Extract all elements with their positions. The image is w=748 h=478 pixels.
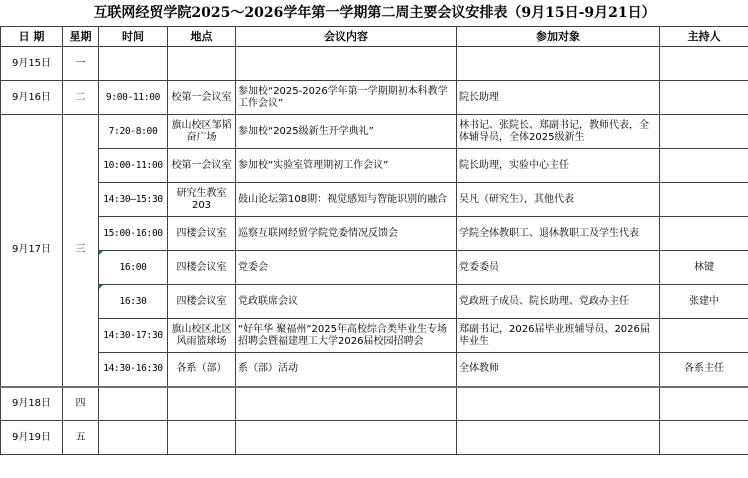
table-row: 14:30-16:30 各系（部） 系（部）活动 全体教师 各系主任 [1,353,748,387]
place-cell[interactable]: 校第一会议室 [168,149,236,183]
place-cell[interactable]: 各系（部） [168,353,236,387]
host-cell[interactable] [660,217,748,251]
time-cell[interactable] [99,421,168,455]
attendees-cell[interactable]: 全体教师 [457,353,660,387]
time-cell[interactable]: 7:20-8:00 [99,115,168,149]
table-row: 9月15日 一 [1,47,748,81]
col-header-weekday: 星期 [63,27,99,47]
host-cell[interactable] [660,149,748,183]
col-header-attendees: 参加对象 [457,27,660,47]
time-cell[interactable]: 14:30-17:30 [99,319,168,353]
host-cell[interactable] [660,115,748,149]
place-cell[interactable] [168,421,236,455]
attendees-cell[interactable]: 郑副书记，2026届毕业班辅导员、2026届毕业生 [457,319,660,353]
meeting-schedule-sheet: 互联网经贸学院2025～2026学年第一学期第二周主要会议安排表（9月15日-9… [0,0,748,478]
host-cell[interactable] [660,81,748,115]
table-row: 16:30 四楼会议室 党政联席会议 党政班子成员、院长助理、党政办主任 张建中 [1,285,748,319]
attendees-cell[interactable] [457,47,660,81]
host-cell[interactable]: 各系主任 [660,353,748,387]
attendees-cell[interactable]: 院长助理，实验中心主任 [457,149,660,183]
host-cell[interactable] [660,47,748,81]
place-cell[interactable]: 旗山校区北区风雨篮球场 [168,319,236,353]
meeting-schedule-table: 互联网经贸学院2025～2026学年第一学期第二周主要会议安排表（9月15日-9… [0,0,748,455]
time-cell[interactable]: 16:30 [99,285,168,319]
col-header-host: 主持人 [660,27,748,47]
weekday-cell[interactable]: 二 [63,81,99,115]
attendees-cell[interactable]: 院长助理 [457,81,660,115]
attendees-cell[interactable]: 学院全体教职工、退休教职工及学生代表 [457,217,660,251]
time-cell[interactable]: 14:30-16:30 [99,353,168,387]
place-cell[interactable] [168,47,236,81]
time-cell[interactable]: 16:00 [99,251,168,285]
weekday-cell[interactable]: 一 [63,47,99,81]
col-header-time: 时间 [99,27,168,47]
date-cell[interactable]: 9月18日 [1,387,63,421]
table-row: 10:00-11:00 校第一会议室 参加校“实验室管理期初工作会议” 院长助理… [1,149,748,183]
weekday-cell[interactable]: 三 [63,115,99,387]
content-cell[interactable] [236,47,457,81]
content-cell[interactable] [236,421,457,455]
time-cell[interactable] [99,47,168,81]
weekday-cell[interactable]: 四 [63,387,99,421]
attendees-cell[interactable]: 林书记、张院长、郑副书记，教师代表，全体辅导员，全体2025级新生 [457,115,660,149]
content-cell[interactable]: 参加校“2025-2026学年第一学期期初本科教学工作会议” [236,81,457,115]
date-cell[interactable]: 9月15日 [1,47,63,81]
host-cell[interactable] [660,183,748,217]
attendees-cell[interactable]: 党委委员 [457,251,660,285]
table-row: 9月17日 三 7:20-8:00 旗山校区邹韬奋广场 参加校“2025级新生开… [1,115,748,149]
attendees-cell[interactable]: 党政班子成员、院长助理、党政办主任 [457,285,660,319]
place-cell[interactable]: 旗山校区邹韬奋广场 [168,115,236,149]
time-cell[interactable]: 9:00-11:00 [99,81,168,115]
place-cell[interactable]: 四楼会议室 [168,217,236,251]
content-cell[interactable]: “好年华 聚福州”2025年高校综合类毕业生专场招聘会暨福建理工大学2026届校… [236,319,457,353]
time-cell[interactable]: 14:30—15:30 [99,183,168,217]
content-cell[interactable]: 系（部）活动 [236,353,457,387]
table-row: 14:30-17:30 旗山校区北区风雨篮球场 “好年华 聚福州”2025年高校… [1,319,748,353]
date-cell[interactable]: 9月17日 [1,115,63,387]
host-cell[interactable] [660,421,748,455]
place-cell[interactable]: 研究生教室203 [168,183,236,217]
content-cell[interactable]: 党委会 [236,251,457,285]
host-cell[interactable]: 张建中 [660,285,748,319]
content-cell[interactable]: 参加校“2025级新生开学典礼” [236,115,457,149]
content-cell[interactable] [236,387,457,421]
col-header-place: 地点 [168,27,236,47]
attendees-cell[interactable] [457,421,660,455]
table-row: 9月18日 四 [1,387,748,421]
content-cell[interactable]: 党政联席会议 [236,285,457,319]
time-cell[interactable] [99,387,168,421]
col-header-date: 日 期 [1,27,63,47]
content-cell[interactable]: 鼓山论坛第108期：视觉感知与智能识别的融合 [236,183,457,217]
host-cell[interactable] [660,387,748,421]
content-cell[interactable]: 巡察互联网经贸学院党委情况反馈会 [236,217,457,251]
attendees-cell[interactable] [457,387,660,421]
table-row: 15:00-16:00 四楼会议室 巡察互联网经贸学院党委情况反馈会 学院全体教… [1,217,748,251]
content-cell[interactable]: 参加校“实验室管理期初工作会议” [236,149,457,183]
place-cell[interactable] [168,387,236,421]
header-row: 日 期 星期 时间 地点 会议内容 参加对象 主持人 [1,27,748,47]
page-title: 互联网经贸学院2025～2026学年第一学期第二周主要会议安排表（9月15日-9… [1,0,748,27]
place-cell[interactable]: 四楼会议室 [168,285,236,319]
date-cell[interactable]: 9月19日 [1,421,63,455]
table-row: 9月19日 五 [1,421,748,455]
host-cell[interactable]: 林键 [660,251,748,285]
place-cell[interactable]: 四楼会议室 [168,251,236,285]
date-cell[interactable]: 9月16日 [1,81,63,115]
table-row: 14:30—15:30 研究生教室203 鼓山论坛第108期：视觉感知与智能识别… [1,183,748,217]
host-cell[interactable] [660,319,748,353]
weekday-cell[interactable]: 五 [63,421,99,455]
time-cell[interactable]: 10:00-11:00 [99,149,168,183]
col-header-content: 会议内容 [236,27,457,47]
time-cell[interactable]: 15:00-16:00 [99,217,168,251]
attendees-cell[interactable]: 吴凡（研究生），其他代表 [457,183,660,217]
table-row: 9月16日 二 9:00-11:00 校第一会议室 参加校“2025-2026学… [1,81,748,115]
place-cell[interactable]: 校第一会议室 [168,81,236,115]
table-row: 16:00 四楼会议室 党委会 党委委员 林键 [1,251,748,285]
